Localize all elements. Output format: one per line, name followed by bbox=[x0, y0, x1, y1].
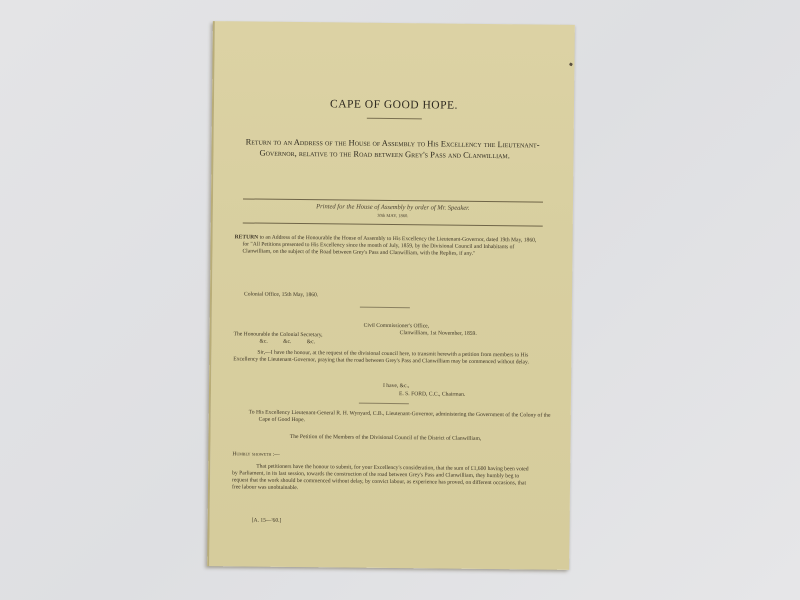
letter-closing: I have, &c., bbox=[383, 383, 409, 390]
letter-signature: E. S. FORD, C.C., Chairman. bbox=[399, 391, 465, 399]
return-paragraph: RETURN to an Address of the Honourable t… bbox=[234, 234, 542, 258]
petition-body: That petitioners have the honour to subm… bbox=[232, 463, 534, 494]
return-text: to an Address of the Honourable the Hous… bbox=[242, 235, 536, 257]
document-page: CAPE OF GOOD HOPE. Return to an Address … bbox=[207, 21, 575, 570]
letter-address-line2: Clanwilliam, 1st November, 1859. bbox=[400, 330, 477, 338]
letter-body: Sir,—I have the honour, at the request o… bbox=[233, 349, 533, 366]
letter-address-line1: Civil Commissioner's Office, bbox=[364, 323, 429, 331]
printed-by: Printed for the House of Assembly by ord… bbox=[253, 203, 533, 213]
letter-etc: &c. &c. &c. bbox=[259, 339, 315, 347]
petition-addressee: To His Excellency Lieutenant-General R. … bbox=[233, 409, 561, 426]
title-divider bbox=[367, 118, 422, 120]
header-rule-bottom bbox=[243, 222, 543, 226]
document-code: [A. 15—'60.] bbox=[252, 518, 282, 525]
colonial-office-line: Colonial Office, 15th May, 1860. bbox=[244, 291, 318, 299]
document-subtitle: Return to an Address of the House of Ass… bbox=[245, 136, 549, 161]
petition-humbly: Humbly showeth :— bbox=[232, 451, 280, 458]
section-divider bbox=[360, 307, 410, 309]
document-title: CAPE OF GOOD HOPE. bbox=[214, 97, 574, 113]
petition-heading: The Petition of the Members of the Divis… bbox=[260, 434, 510, 444]
section-divider-2 bbox=[359, 403, 409, 405]
return-label: RETURN bbox=[235, 234, 259, 240]
printed-date: 30th MAY, 1860. bbox=[253, 212, 533, 220]
paper-blemish bbox=[569, 62, 573, 66]
